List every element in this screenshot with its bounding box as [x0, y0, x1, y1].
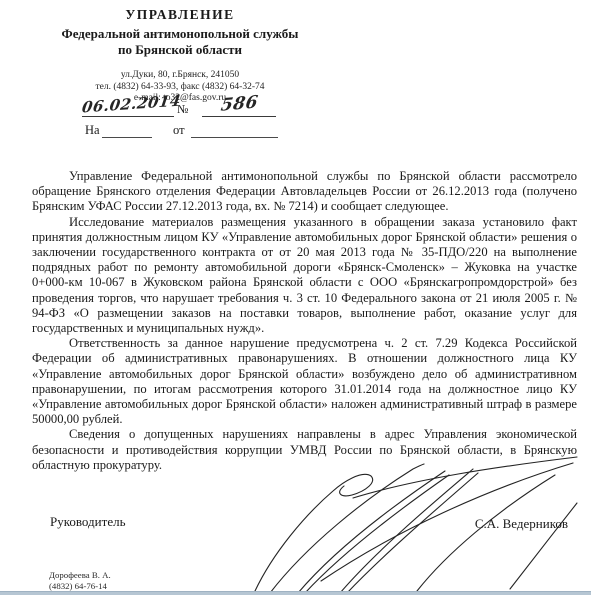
org-title-line1: УПРАВЛЕНИЕ — [0, 7, 360, 23]
reply-na-label: На — [85, 123, 100, 138]
executor-block: Дорофеева В. А. (4832) 64-76-14 — [49, 570, 111, 591]
scan-bottom-edge — [0, 591, 591, 595]
scanned-letter-page: УПРАВЛЕНИЕ Федеральной антимонопольной с… — [0, 0, 591, 595]
reply-date-blank — [191, 121, 278, 138]
body-paragraph: Ответственность за данное нарушение пред… — [32, 336, 577, 427]
reply-ot-label: от — [173, 123, 185, 138]
org-title-line2: Федеральной антимонопольной службы — [0, 26, 360, 42]
handwritten-number: 586 — [219, 90, 260, 118]
executor-phone: (4832) 64-76-14 — [49, 581, 111, 592]
executor-name: Дорофеева В. А. — [49, 570, 111, 581]
signature-scrawl-icon — [225, 423, 591, 595]
outgoing-date-field: 06.02.2014 — [82, 92, 174, 117]
reply-number-blank — [102, 121, 152, 138]
org-address: ул.Дуки, 80, г.Брянск, 241050 — [0, 70, 360, 82]
signer-name: С.А. Ведерников — [475, 516, 568, 532]
body-paragraph: Управление Федеральной антимонопольной с… — [32, 169, 577, 215]
outgoing-number-field: 586 — [202, 92, 276, 117]
body-paragraph: Исследование материалов размещения указа… — [32, 215, 577, 337]
handwritten-date: 06.02.2014 — [80, 88, 182, 119]
signer-position: Руководитель — [50, 514, 126, 530]
number-sign: № — [177, 102, 188, 117]
org-title-line3: по Брянской области — [0, 42, 360, 58]
